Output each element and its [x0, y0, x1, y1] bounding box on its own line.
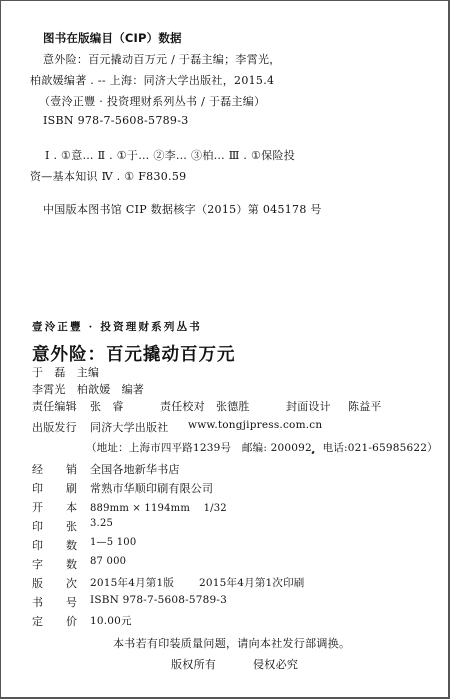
cip-heading: 图书在版编目（CIP）数据: [43, 30, 182, 46]
detail-value: 常熟市华顺印刷有限公司: [90, 480, 213, 496]
chief-editor: 于 磊 主编: [32, 364, 99, 380]
cip-line-2: 柏歆媛编著 . -- 上海：同济大学出版社，2015.4: [30, 72, 274, 88]
detail-value: 10.00元: [90, 613, 132, 628]
series-name: 壹泠正豐 · 投资理财系列丛书: [32, 319, 202, 334]
detail-value: 2015年4月第1版 2015年4月第1次印刷: [90, 575, 305, 590]
rights-reserved: 版权所有: [171, 656, 216, 672]
detail-value: 1—5 100: [90, 537, 136, 548]
detail-label-2: 销: [66, 461, 77, 477]
cip-line-3: （壹泠正豐 · 投资理财系列丛书 / 于磊主编）: [39, 93, 265, 109]
cip-isbn: ISBN 978-7-5608-5789-3: [43, 114, 189, 127]
publisher-name: 同济大学出版社: [90, 419, 168, 435]
detail-label-2: 刷: [66, 480, 77, 496]
quality-notice: 本书若有印装质量问题，请向本社发行部调换。: [113, 635, 350, 651]
detail-label-2: 号: [66, 594, 77, 610]
detail-label-1: 经: [32, 461, 43, 477]
detail-value: 全国各地新华书店: [90, 461, 180, 477]
detail-label-2: 张: [66, 518, 77, 534]
detail-label-2: 价: [66, 613, 77, 629]
detail-label-1: 印: [32, 518, 43, 534]
book-title: 意外险：百元撬动百万元: [32, 341, 236, 366]
detail-label-1: 印: [32, 537, 43, 553]
cip-classification-1: Ⅰ . ①意… Ⅱ . ①于… ②李… ③柏… Ⅲ . ①保险投: [45, 147, 295, 163]
cip-verification: 中国版本图书馆 CIP 数据核字（2015）第 045178 号: [43, 201, 322, 217]
copyright-page: 图书在版编目（CIP）数据 意外险：百元撬动百万元 / 于磊主编；李霄光， 柏歆…: [0, 0, 450, 699]
publisher-address: （地址：上海市四平路1239号 邮编: 200092 电话:021-659856…: [86, 440, 438, 455]
editor-name: 张 睿: [90, 398, 124, 414]
proofreader-name: 张德胜: [216, 398, 250, 414]
proofreader-label: 责任校对: [160, 398, 205, 414]
detail-label-1: 定: [32, 613, 43, 629]
detail-value: 889mm × 1194mm 1/32: [90, 499, 227, 514]
detail-label-2: 本: [66, 499, 77, 515]
detail-label-2: 次: [66, 575, 77, 591]
cip-classification-2: 资—基本知识 Ⅳ . ① F830.59: [30, 168, 186, 184]
detail-value: 3.25: [90, 518, 113, 529]
detail-label-1: 版: [32, 575, 43, 591]
infringement-warning: 侵权必究: [253, 656, 298, 672]
detail-value: 87 000: [90, 556, 126, 567]
authors: 李霄光 柏歆媛 编著: [32, 381, 144, 397]
detail-label-1: 印: [32, 480, 43, 496]
detail-label-1: 书: [32, 594, 43, 610]
publisher-website: www.tongjipress.com.cn: [188, 419, 322, 431]
cover-designer-name: 陈益平: [348, 398, 382, 414]
cover-designer-label: 封面设计: [286, 398, 331, 414]
cip-line-1: 意外险：百元撬动百万元 / 于磊主编；李霄光，: [43, 51, 281, 67]
detail-label-1: 字: [32, 556, 43, 572]
detail-label-2: 数: [66, 537, 77, 553]
detail-label-1: 开: [32, 499, 43, 515]
detail-value: ISBN 978-7-5608-5789-3: [90, 594, 227, 606]
publisher-label: 出版发行: [32, 419, 77, 435]
detail-label-2: 数: [66, 556, 77, 572]
editor-label: 责任编辑: [32, 398, 77, 414]
